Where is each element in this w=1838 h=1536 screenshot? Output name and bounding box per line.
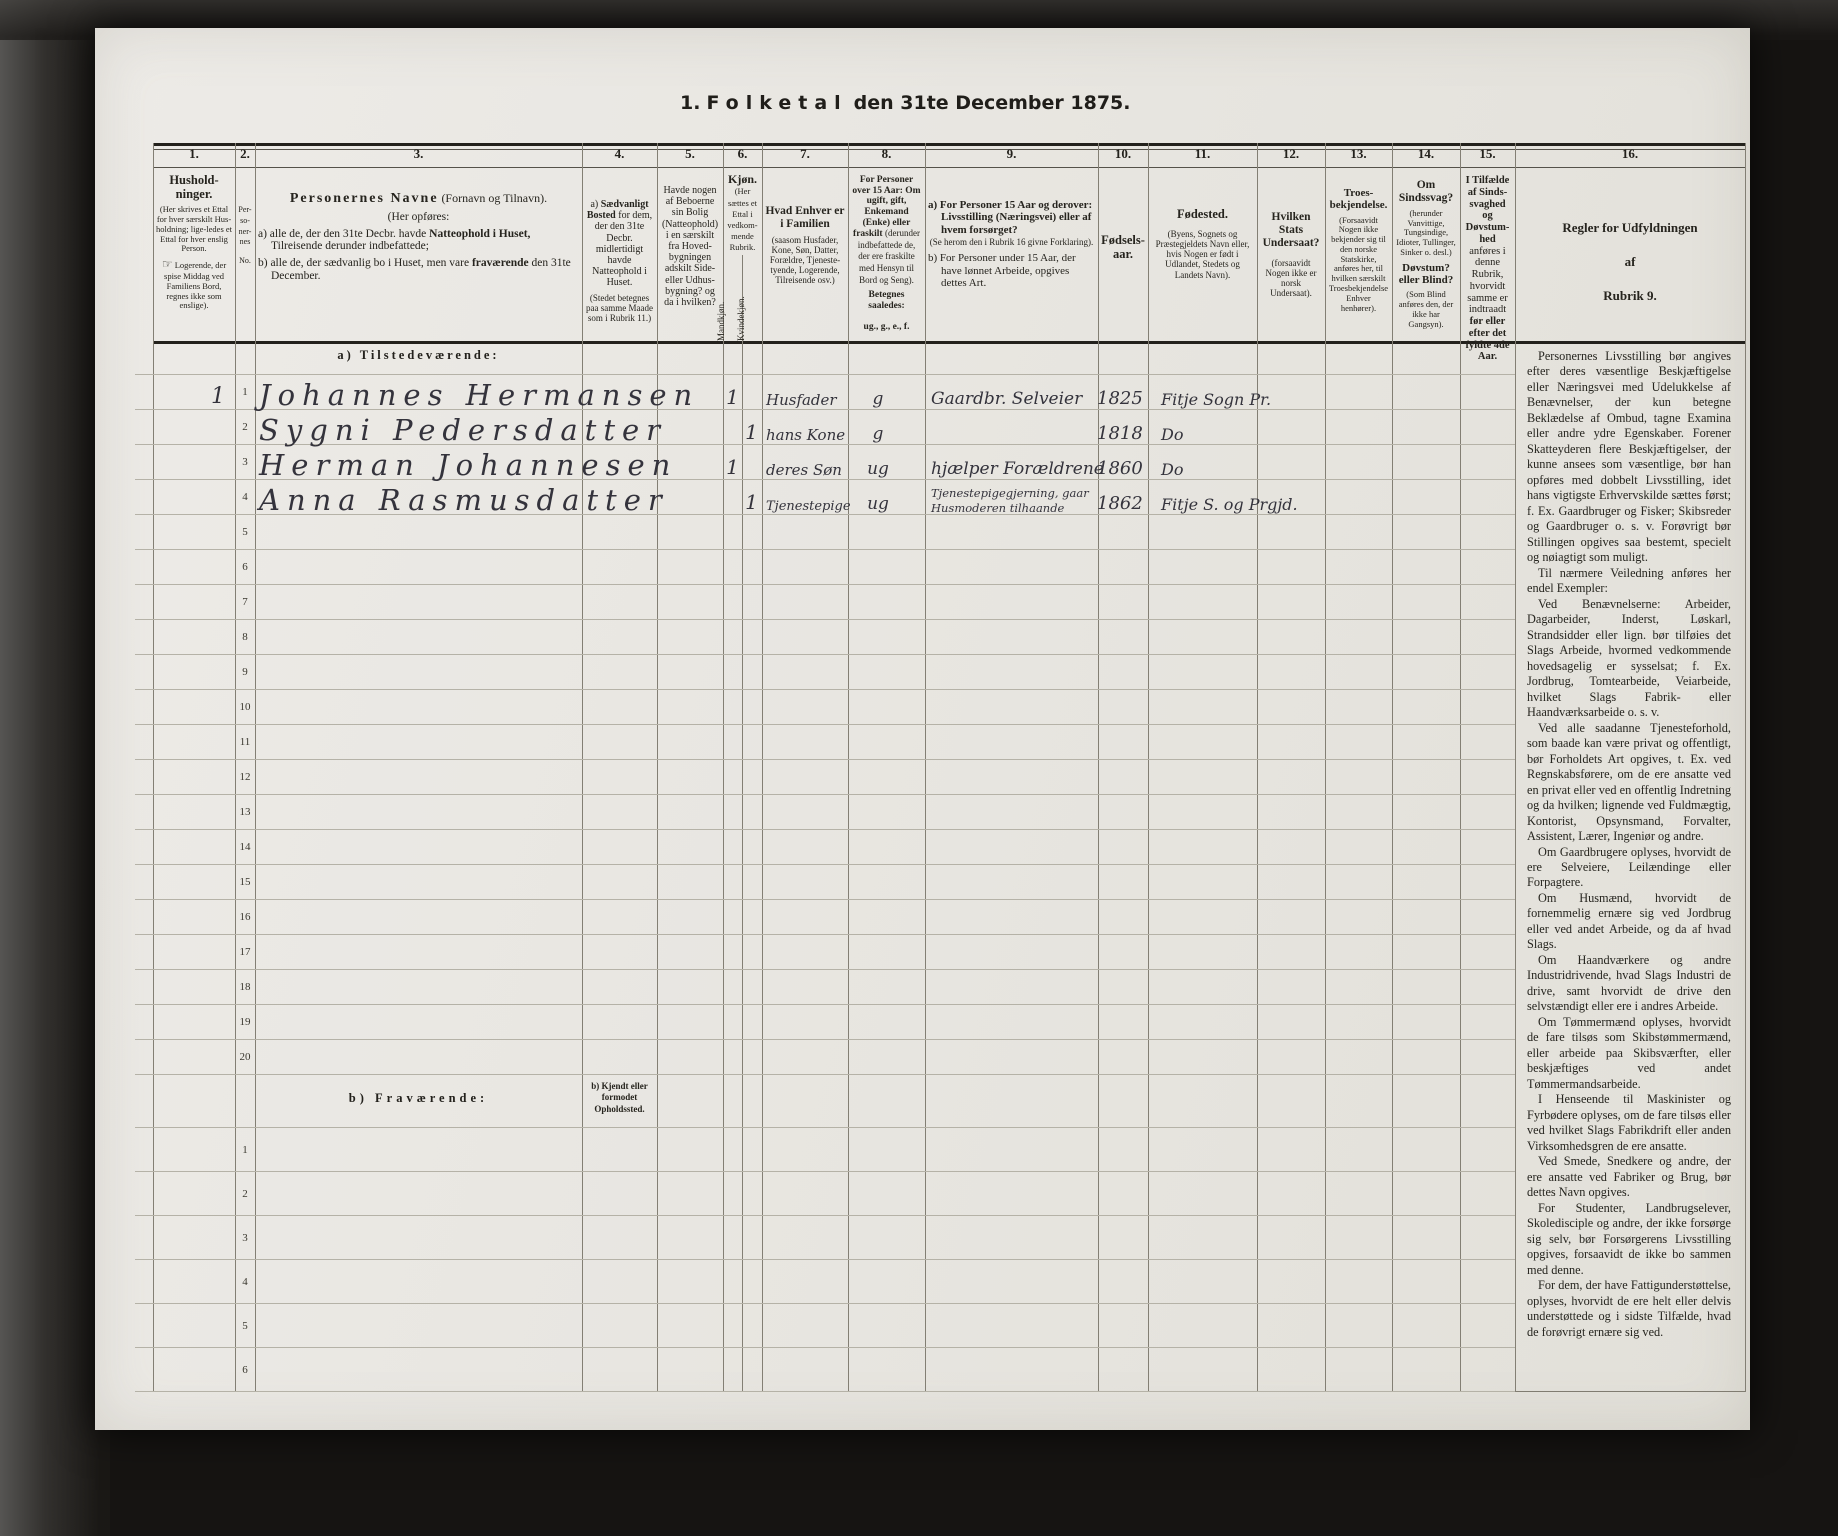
scan-background: { "title": {"no": "1.", "main": "Folketa… bbox=[0, 0, 1838, 1536]
rules-paragraph: Om Haandværkere og andre Industridrivend… bbox=[1527, 953, 1731, 1015]
col-number-7: 7. bbox=[762, 146, 848, 162]
census-table: 1. 2. 3. 4. 5. 6. 7. 8. 9. 10. 11. 12. 1… bbox=[153, 143, 1745, 1392]
entry-occupation: hjælper Forældrene bbox=[931, 459, 1104, 479]
row-number: 6 bbox=[235, 1348, 255, 1392]
row-number: 11 bbox=[235, 725, 255, 760]
col-number-10: 10. bbox=[1098, 146, 1148, 162]
header-usual-residence: a) Sædvanligt Bosted for dem, der den 31… bbox=[582, 171, 657, 339]
row-number: 9 bbox=[235, 655, 255, 690]
entry-row-2: Sygni Pedersdatter 1 hans Kone g 1818 Do bbox=[153, 410, 1745, 445]
section-b-label: b) Fraværende: bbox=[255, 1091, 582, 1106]
header-sex-female: Kvindekjøn. bbox=[736, 296, 746, 341]
rules-paragraph: For dem, der have Fattigunderstøttelse, … bbox=[1527, 1278, 1731, 1340]
page-title: 1.Folketalden 31te December 1875. bbox=[680, 92, 1130, 114]
col-number-1: 1. bbox=[153, 146, 235, 162]
col-number-4: 4. bbox=[582, 146, 657, 162]
entry-marital-status: g bbox=[850, 389, 906, 409]
section-b-row-numbers: 123456 bbox=[235, 1128, 255, 1392]
header-creed: Troes-bekjendelse. (Forsaavidt Nogen ikk… bbox=[1325, 171, 1392, 339]
col-number-16: 16. bbox=[1515, 146, 1745, 162]
row-number: 18 bbox=[235, 970, 255, 1005]
entry-birth-year: 1860 bbox=[1097, 458, 1143, 479]
entry-family-role: Husfader bbox=[766, 391, 837, 409]
col-number-9: 9. bbox=[925, 146, 1098, 162]
rules-paragraph: I Henseende til Maskinister og Fyrbødere… bbox=[1527, 1092, 1731, 1154]
row-number: 4 bbox=[235, 1260, 255, 1304]
col-number-15: 15. bbox=[1460, 146, 1515, 162]
entry-name: Herman Johannesen bbox=[259, 448, 677, 482]
row-number: 5 bbox=[235, 515, 255, 550]
title-main: Folketal bbox=[706, 92, 847, 114]
header-birth-year: Fødsels- aar. bbox=[1098, 171, 1148, 339]
col-number-8: 8. bbox=[848, 146, 925, 162]
row-number: 1 bbox=[235, 1128, 255, 1172]
rules-paragraph: Ved Benævnelserne: Arbeider, Dagarbeider… bbox=[1527, 597, 1731, 721]
entry-occupation: Gaardbr. Selveier bbox=[931, 389, 1082, 409]
census-sheet: 1.Folketalden 31te December 1875. 1. 2. bbox=[95, 28, 1750, 1430]
row-number: 8 bbox=[235, 620, 255, 655]
title-date: den 31te December 1875. bbox=[854, 92, 1131, 114]
header-occupation: a) For Personer 15 Aar og derover: Livss… bbox=[925, 171, 1098, 339]
row-number: 7 bbox=[235, 585, 255, 620]
rules-paragraph: Til nærmere Veiledning anføres her endel… bbox=[1527, 566, 1731, 597]
rules-paragraph: Personernes Livsstilling bør angives eft… bbox=[1527, 349, 1731, 566]
col-number-2: 2. bbox=[235, 146, 255, 162]
row-number: 3 bbox=[235, 1216, 255, 1260]
entry-marital-status: g bbox=[850, 424, 906, 444]
entry-row-3: Herman Johannesen 1 deres Søn ug hjælper… bbox=[153, 445, 1745, 480]
entry-occupation-line2: Husmoderen tilhaande bbox=[931, 501, 1064, 515]
entry-birthplace: Do bbox=[1161, 460, 1183, 479]
entry-name: Sygni Pedersdatter bbox=[259, 413, 667, 447]
row-number: 14 bbox=[235, 830, 255, 865]
entry-family-role: hans Kone bbox=[766, 426, 845, 444]
row-number: 13 bbox=[235, 795, 255, 830]
header-marital-status: For Personer over 15 Aar: Om ugift, gift… bbox=[848, 171, 925, 339]
row-number: 12 bbox=[235, 760, 255, 795]
row-number: 5 bbox=[235, 1304, 255, 1348]
entry-family-role: Tjenestepige bbox=[766, 499, 851, 514]
header-birthplace: Fødested. (Byens, Sognets og Præstegjeld… bbox=[1148, 171, 1257, 339]
header-outbuilding: Havde nogen af Beboerne sin Bolig (Natte… bbox=[657, 171, 723, 339]
col-number-3: 3. bbox=[255, 146, 582, 162]
entry-household-number: 1 bbox=[211, 384, 225, 409]
section-b-residence-note: b) Kjendt eller formodet Opholdssted. bbox=[582, 1081, 657, 1115]
row-number: 2 bbox=[235, 1172, 255, 1216]
entry-row-1: 1 Johannes Hermansen 1 Husfader g Gaardb… bbox=[153, 375, 1745, 410]
entry-birthplace: Fitje S. og Prgjd. bbox=[1161, 495, 1298, 514]
entry-name: Anna Rasmusdatter bbox=[259, 483, 669, 517]
col-number-5: 5. bbox=[657, 146, 723, 162]
col-number-12: 12. bbox=[1257, 146, 1325, 162]
table-right-border bbox=[1745, 143, 1746, 1392]
entry-marital-status: ug bbox=[850, 459, 906, 479]
rules-paragraph: Om Tømmermænd oplyses, hvorvidt de fare … bbox=[1527, 1015, 1731, 1092]
header-person-number: Per-so-ner-nes No. bbox=[235, 171, 255, 339]
header-family-role: Hvad Enhver er i Familien (saasom Husfad… bbox=[762, 171, 848, 339]
header-number-rule bbox=[153, 167, 1745, 168]
entry-birthplace: Do bbox=[1161, 425, 1183, 444]
entry-occupation: Tjenestepigegjerning, gaar bbox=[931, 486, 1089, 500]
header-disabilities: Om Sindssvag? (herunder Vanvittige, Tung… bbox=[1392, 171, 1460, 339]
entry-birthplace: Fitje Sogn Pr. bbox=[1161, 390, 1271, 409]
header-citizenship: Hvilken Stats Undersaat? (forsaavidt Nog… bbox=[1257, 171, 1325, 339]
rules-paragraph: Om Gaardbrugere oplyses, hvorvidt de ere… bbox=[1527, 845, 1731, 891]
row-number: 20 bbox=[235, 1040, 255, 1075]
row-number: 6 bbox=[235, 550, 255, 585]
entry-sex-female-mark: 1 bbox=[742, 420, 761, 444]
col-number-6: 6. bbox=[723, 146, 762, 162]
entry-sex-female-mark: 1 bbox=[742, 490, 761, 514]
header-disability-onset: I Tilfælde af Sinds-svaghed og Døvstum-h… bbox=[1460, 171, 1515, 339]
entry-sex-male-mark: 1 bbox=[723, 385, 742, 409]
row-number: 17 bbox=[235, 935, 255, 970]
header-names: Personernes Navne (Fornavn og Tilnavn). … bbox=[255, 171, 582, 339]
section-a-label: a) Tilstedeværende: bbox=[255, 348, 582, 363]
header-rules: Regler for Udfyldningen af Rubrik 9. bbox=[1515, 171, 1745, 339]
rules-column-text: Personernes Livsstilling bør angives eft… bbox=[1527, 349, 1731, 1340]
rules-paragraph: Ved alle saadanne Tjenesteforhold, som b… bbox=[1527, 721, 1731, 845]
row-number: 10 bbox=[235, 690, 255, 725]
row-number: 16 bbox=[235, 900, 255, 935]
entry-marital-status: ug bbox=[850, 494, 906, 514]
manicule-icon: ☞ bbox=[162, 257, 173, 271]
entry-family-role: deres Søn bbox=[766, 461, 842, 479]
entry-birth-year: 1825 bbox=[1097, 388, 1143, 409]
entry-sex-male-mark: 1 bbox=[723, 455, 742, 479]
entry-row-4: Anna Rasmusdatter 1 Tjenestepige ug Tjen… bbox=[153, 480, 1745, 515]
rules-paragraph: For Studenter, Landbrugselever, Skoledis… bbox=[1527, 1201, 1731, 1278]
col-number-13: 13. bbox=[1325, 146, 1392, 162]
entry-birth-year: 1818 bbox=[1097, 423, 1143, 444]
entry-name: Johannes Hermansen bbox=[259, 378, 699, 412]
row-number: 15 bbox=[235, 865, 255, 900]
rules-paragraph: Ved Smede, Snedkere og andre, der ere an… bbox=[1527, 1154, 1731, 1200]
title-number: 1. bbox=[680, 92, 700, 114]
header-households: Hushold- ninger. (Her skrives et Ettal f… bbox=[153, 171, 235, 339]
rules-paragraph: Om Husmænd, hvorvidt de fornemmelig ernæ… bbox=[1527, 891, 1731, 953]
scanner-shadow-left bbox=[0, 0, 110, 1536]
section-b-row-lines bbox=[135, 1084, 1515, 1393]
row-number: 19 bbox=[235, 1005, 255, 1040]
col-number-14: 14. bbox=[1392, 146, 1460, 162]
header-sex-male: Mandkjøn. bbox=[716, 302, 726, 341]
col-number-11: 11. bbox=[1148, 146, 1257, 162]
entry-birth-year: 1862 bbox=[1097, 493, 1143, 514]
